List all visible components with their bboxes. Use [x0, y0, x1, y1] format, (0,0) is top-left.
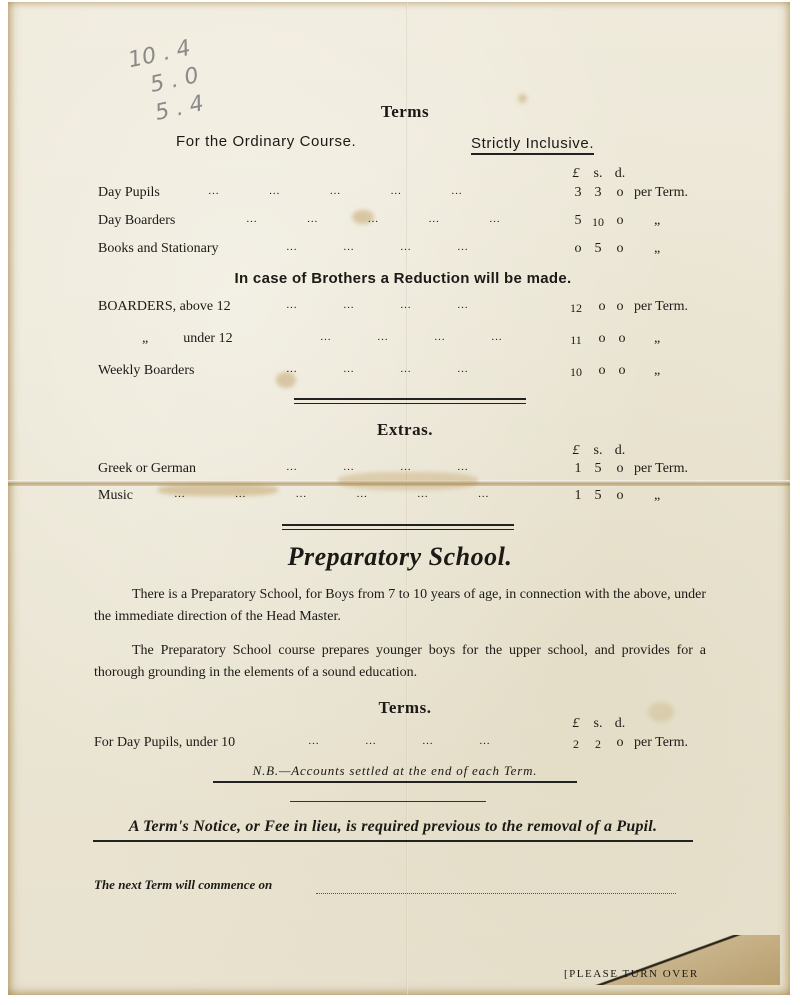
per-term-label: per Term.: [634, 735, 688, 751]
section-divider: [282, 524, 514, 530]
ditto-mark: „: [654, 331, 660, 347]
next-term-date-field: [316, 880, 676, 894]
boarder-fee-row: BOARDERS, above 12 … … … … 12 o o per Te…: [98, 299, 708, 319]
shillings-header: s.: [588, 166, 608, 182]
pence-value: o: [610, 461, 630, 477]
ditto-mark: „: [654, 488, 660, 504]
currency-header: £ s. d.: [94, 716, 704, 736]
shillings-value: 5: [588, 461, 608, 477]
fee-row: Day Boarders … … … … … 5 10 o „: [98, 213, 708, 233]
extra-fee-row: Greek or German … … … … 1 5 o per Term.: [98, 461, 708, 481]
shillings-value: 10: [588, 215, 608, 230]
extra-fee-row: Music … … … … … … 1 5 o „: [98, 488, 708, 508]
fee-label: Books and Stationary: [98, 241, 219, 257]
notice-statement: A Term's Notice, or Fee in lieu, is requ…: [93, 818, 693, 842]
stain: [518, 94, 527, 103]
leader-dots: … … … …: [286, 299, 469, 311]
section-divider: [294, 398, 526, 404]
pence-header: d.: [610, 443, 630, 459]
terms-heading: Terms: [300, 102, 510, 122]
extras-heading: Extras.: [300, 420, 510, 440]
shillings-value: o: [592, 299, 612, 315]
pounds-value: o: [568, 241, 588, 257]
leader-dots: … … … … … …: [174, 488, 490, 500]
fee-label: „ under 12: [142, 331, 233, 347]
short-divider: [290, 801, 486, 802]
leader-dots: … … … … …: [246, 213, 501, 225]
per-term-label: per Term.: [634, 185, 688, 201]
pence-value: o: [612, 331, 632, 347]
ditto-mark: „: [654, 363, 660, 379]
leader-dots: … … … …: [308, 735, 491, 747]
accounts-note: N.B.—Accounts settled at the end of each…: [213, 763, 577, 783]
preparatory-terms-heading: Terms.: [300, 698, 510, 718]
pounds-header: £: [566, 716, 586, 732]
pounds-value: 12: [566, 301, 586, 316]
pounds-value: 1: [568, 461, 588, 477]
currency-header: £ s. d.: [98, 166, 708, 186]
fee-label: Day Boarders: [98, 213, 175, 229]
shillings-value: 5: [588, 241, 608, 257]
boarder-fee-row: „ under 12 … … … … 11 o o „: [98, 331, 708, 351]
shillings-value: o: [592, 363, 612, 379]
preparatory-paragraph-2: The Preparatory School course prepares y…: [94, 640, 706, 684]
fee-label: Music: [98, 488, 133, 504]
currency-header: £ s. d.: [98, 443, 708, 463]
shillings-value: 5: [588, 488, 608, 504]
strictly-inclusive-label: Strictly Inclusive.: [471, 135, 594, 155]
ordinary-course-subtitle: For the Ordinary Course.: [176, 133, 356, 150]
leader-dots: … … … …: [286, 461, 469, 473]
fee-label: Day Pupils: [98, 185, 160, 201]
pounds-value: 11: [566, 333, 586, 348]
pence-value: o: [610, 488, 630, 504]
pounds-value: 2: [566, 737, 586, 752]
fee-label: Weekly Boarders: [98, 363, 194, 379]
next-term-label: The next Term will commence on: [94, 877, 272, 893]
pounds-value: 10: [566, 365, 586, 380]
fee-label: Greek or German: [98, 461, 196, 477]
boarder-fee-row: Weekly Boarders … … … … 10 o o „: [98, 363, 708, 383]
please-turn-over-label: [PLEASE TURN OVER: [564, 968, 699, 980]
pence-value: o: [612, 363, 632, 379]
pence-value: o: [610, 213, 630, 229]
pounds-value: 3: [568, 185, 588, 201]
preparatory-school-heading: Preparatory School.: [200, 542, 600, 572]
shillings-value: 3: [588, 185, 608, 201]
per-term-label: per Term.: [634, 299, 688, 315]
fee-row: Books and Stationary … … … … o 5 o „: [98, 241, 708, 261]
fee-label: BOARDERS, above 12: [98, 299, 231, 315]
pence-header: d.: [610, 166, 630, 182]
pounds-header: £: [566, 443, 586, 459]
shillings-value: 2: [588, 737, 608, 752]
shillings-header: s.: [588, 716, 608, 732]
leader-dots: … … … …: [320, 331, 503, 343]
pence-value: o: [610, 735, 630, 751]
per-term-label: per Term.: [634, 461, 688, 477]
leader-dots: … … … …: [286, 363, 469, 375]
shillings-header: s.: [588, 443, 608, 459]
ditto-mark: „: [654, 241, 660, 257]
pence-value: o: [610, 185, 630, 201]
leader-dots: … … … … …: [208, 185, 463, 197]
pounds-value: 5: [568, 213, 588, 229]
brothers-reduction-note: In case of Brothers a Reduction will be …: [98, 270, 708, 287]
pence-header: d.: [610, 716, 630, 732]
preparatory-paragraph-1: There is a Preparatory School, for Boys …: [94, 584, 706, 628]
pence-value: o: [610, 299, 630, 315]
fee-label: For Day Pupils, under 10: [94, 735, 235, 751]
shillings-value: o: [592, 331, 612, 347]
pounds-value: 1: [568, 488, 588, 504]
pence-value: o: [610, 241, 630, 257]
preparatory-fee-row: For Day Pupils, under 10 … … … … 2 2 o p…: [94, 735, 704, 755]
fee-row: Day Pupils … … … … … 3 3 o per Term.: [98, 185, 708, 205]
pounds-header: £: [566, 166, 586, 182]
ditto-mark: „: [654, 213, 660, 229]
leader-dots: … … … …: [286, 241, 469, 253]
